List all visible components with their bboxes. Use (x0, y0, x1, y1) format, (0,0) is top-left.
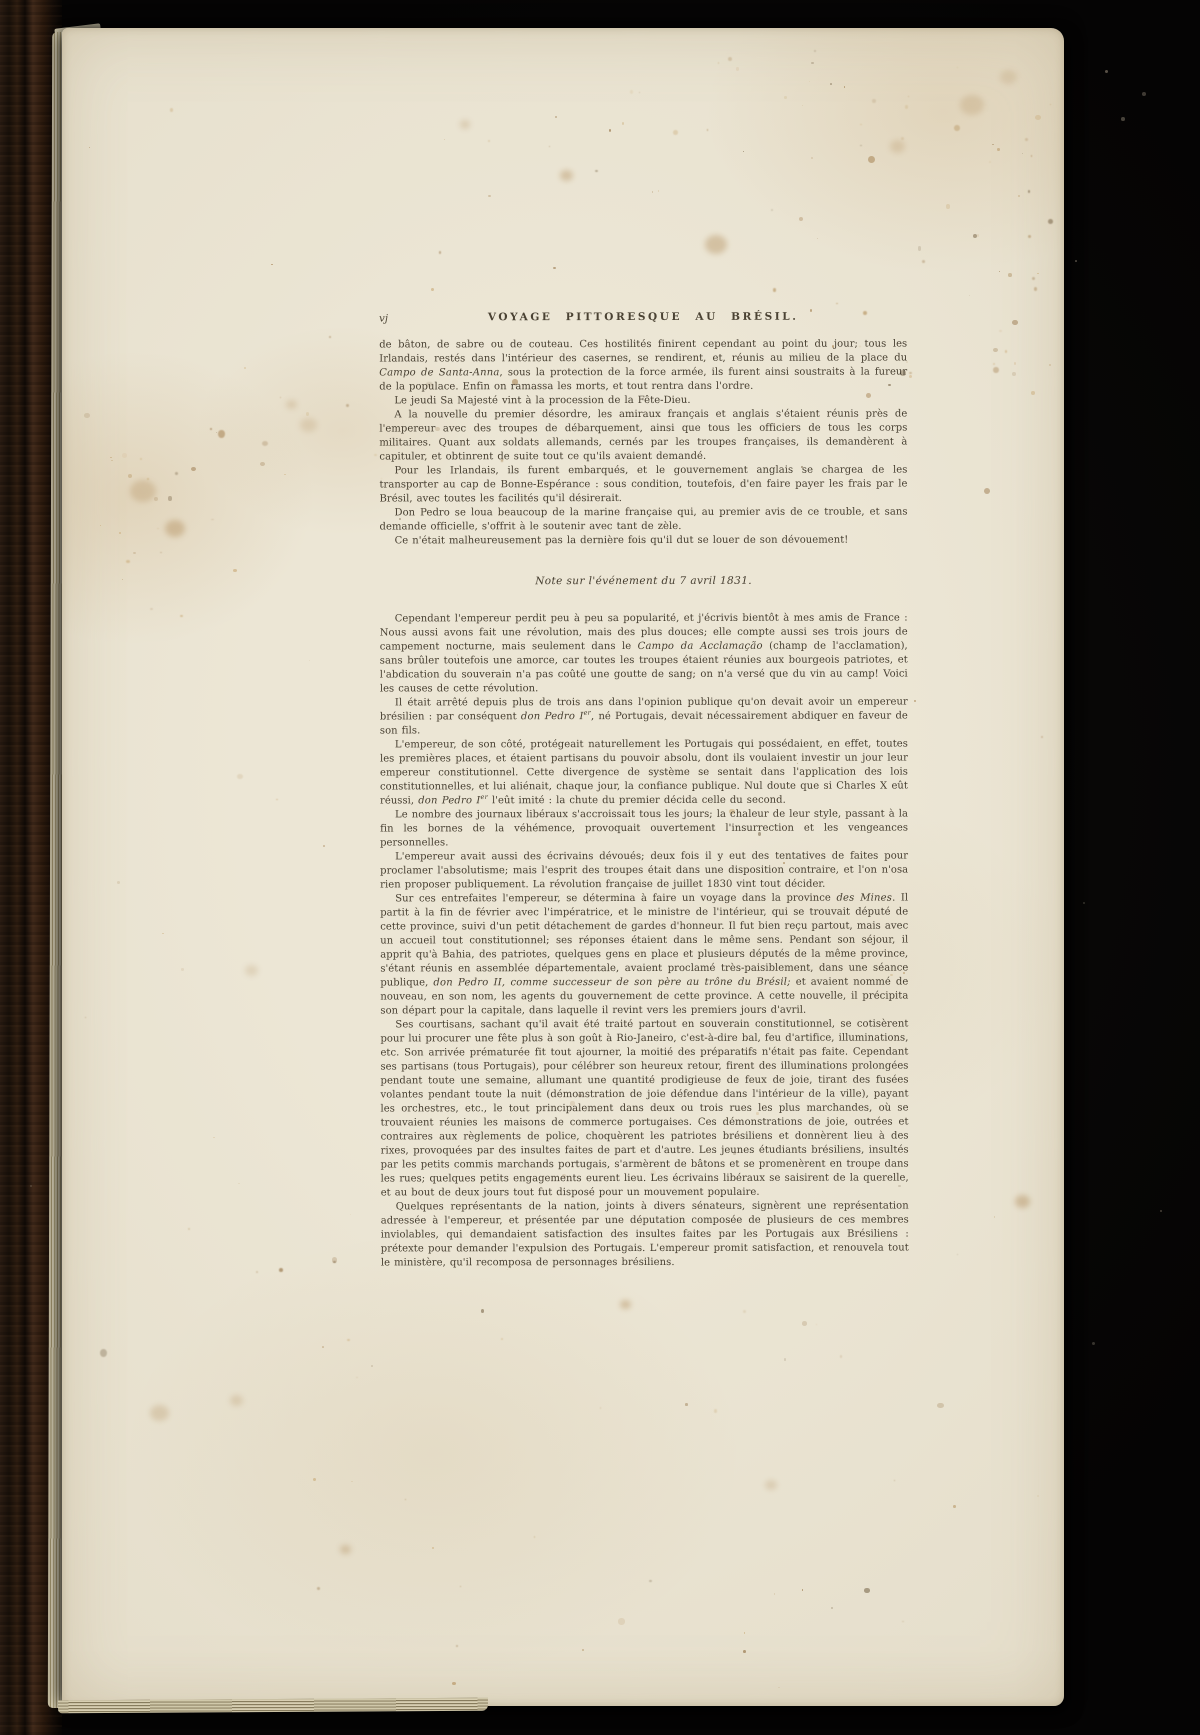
paragraph: Cependant l'empereur perdit peu à peu sa… (380, 612, 908, 697)
running-header: vj VOYAGE PITTORESQUE AU BRÉSIL. (379, 310, 907, 339)
book-page: vj VOYAGE PITTORESQUE AU BRÉSIL. de bâto… (62, 28, 1064, 1706)
paragraph: L'empereur avait aussi des écrivains dév… (380, 850, 908, 893)
main-text-upper: de bâton, de sabre ou de couteau. Ces ho… (379, 338, 907, 549)
paragraph: Pour les Irlandais, ils furent embarqués… (379, 464, 907, 507)
paragraph: Quelques représentants de la nation, joi… (381, 1200, 909, 1271)
page-edges-bottom (58, 1698, 488, 1714)
main-text-note: Cependant l'empereur perdit peu à peu sa… (380, 612, 909, 1271)
paragraph: Don Pedro se loua beaucoup de la marine … (380, 506, 908, 535)
text-block: vj VOYAGE PITTORESQUE AU BRÉSIL. de bâto… (379, 310, 909, 1271)
page-number: vj (379, 312, 388, 326)
paragraph: Le jeudi Sa Majesté vint à la procession… (379, 394, 907, 409)
paragraph: de bâton, de sabre ou de couteau. Ces ho… (379, 338, 907, 395)
book-scan-photo: vj VOYAGE PITTORESQUE AU BRÉSIL. de bâto… (0, 0, 1200, 1735)
paragraph: Le nombre des journaux libéraux s'accroi… (380, 808, 908, 851)
paragraph: Sur ces entrefaites l'empereur, se déter… (380, 892, 908, 1019)
paragraph: L'empereur, de son côté, protégeait natu… (380, 738, 908, 809)
paragraph: A la nouvelle du premier désordre, les a… (379, 408, 907, 465)
running-title: VOYAGE PITTORESQUE AU BRÉSIL. (379, 310, 907, 325)
paragraph: Ses courtisans, sachant qu'il avait été … (380, 1018, 908, 1201)
note-heading: Note sur l'événement du 7 avril 1831. (380, 574, 908, 589)
paragraph: Il était arrêté depuis plus de trois ans… (380, 696, 908, 739)
paragraph: Ce n'était malheureusement pas la derniè… (380, 534, 908, 549)
